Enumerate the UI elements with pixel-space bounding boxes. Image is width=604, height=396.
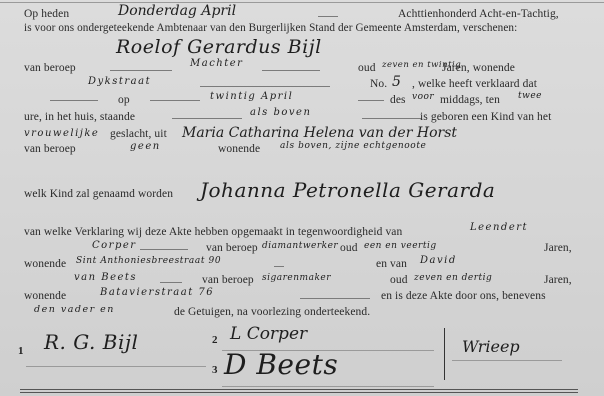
hand-signers: den vader en [34, 304, 115, 315]
hand-sex: vrouwelijke [24, 128, 99, 139]
bottom-double-rule [20, 392, 578, 393]
signature-number-2: 2 [212, 334, 218, 346]
fill-rule [150, 100, 200, 101]
signature-line [222, 386, 434, 387]
hand-witness1-age: een en veertig [364, 241, 437, 251]
label-ure: ure, in het huis, staande [24, 111, 135, 123]
hand-declarant-name: Roelof Gerardus Bijl [116, 36, 322, 58]
label-oud-w2: oud [390, 274, 408, 286]
hand-house-number: 5 [392, 74, 401, 90]
label-wonende-w1: wonende [24, 258, 66, 270]
label-ambtenaar: is voor ons ondergeteekende Ambtenaar va… [24, 22, 517, 34]
hand-birth-date: twintig April [210, 91, 293, 102]
label-wonende-w2: wonende [24, 290, 66, 302]
hand-date: Donderdag April [118, 3, 236, 19]
fill-rule [160, 282, 182, 283]
hand-hour: twee [518, 91, 542, 101]
hand-witness1-beroep: diamantwerker [262, 241, 338, 251]
label-year: Achttienhonderd Acht-en-Tachtig, [398, 8, 559, 20]
fill-rule [262, 70, 320, 71]
hand-witness2-address: Batavierstraat 76 [100, 287, 214, 298]
signature-official: Wrieep [462, 337, 520, 356]
hand-witness1-first: Leendert [470, 222, 528, 233]
label-beroep-w2: van beroep [202, 274, 254, 286]
top-border [0, 2, 604, 3]
label-no: No. [370, 78, 387, 90]
signature-witness2: D Beets [224, 348, 338, 381]
hand-witness2-age: zeven en dertig [414, 273, 492, 283]
hand-witness1-address: Sint Anthoniesbreestraat 90 [76, 256, 221, 266]
hand-witness1-last: Corper [92, 240, 137, 251]
label-child-name: welk Kind zal genaamd worden [24, 188, 173, 200]
label-wonende-mother: wonende [218, 143, 260, 155]
fill-rule [50, 100, 98, 101]
label-oud-w1: oud [340, 242, 358, 254]
label-beroep: van beroep [24, 62, 76, 74]
hand-declarant-beroep: Machter [190, 58, 243, 69]
label-geslacht: geslacht, uit [110, 128, 167, 140]
hand-child-name: Johanna Petronella Gerarda [200, 178, 495, 202]
label-des: des [390, 94, 406, 106]
hand-mother-address: als boven, zijne echtgenoote [280, 141, 426, 151]
hand-witness2-last: van Beets [74, 272, 137, 283]
signature-bracket [438, 328, 445, 380]
signature-line [26, 366, 206, 367]
label-getuigen: de Getuigen, na voorlezing onderteekend. [174, 306, 370, 318]
fill-rule [274, 266, 284, 267]
label-oud: oud [358, 62, 376, 74]
fill-rule [140, 249, 188, 250]
fill-rule [318, 16, 338, 17]
bottom-double-rule [20, 389, 578, 390]
label-beroep-w1: van beroep [206, 242, 258, 254]
fill-rule [362, 118, 422, 119]
signature-number-3: 3 [212, 364, 218, 376]
label-op: op [118, 94, 130, 106]
label-jaren-w1: Jaren, [544, 242, 572, 254]
hand-witness2-beroep: sigarenmaker [262, 273, 331, 283]
signature-number-1: 1 [18, 345, 24, 357]
label-verklaard: , welke heeft verklaard dat [412, 78, 537, 90]
hand-street: Dykstraat [88, 76, 151, 87]
label-en-van: en van [376, 258, 407, 270]
label-verklaring: van welke Verklaring wij deze Akte hebbe… [24, 226, 402, 238]
signature-father: R. G. Bijl [44, 330, 138, 354]
label-jaren-w2: Jaren, [544, 274, 572, 286]
fill-rule [172, 118, 242, 119]
label-akte: en is deze Akte door ons, benevens [381, 290, 546, 302]
label-jaren-wonende: Jaren, wonende [442, 62, 515, 74]
label-geboren: is geboren een Kind van het [420, 111, 551, 123]
hand-mother-beroep: geen [130, 141, 161, 152]
signature-witness1: L Corper [230, 324, 307, 344]
hand-witness2-first: David [420, 255, 457, 266]
hand-place: als boven [250, 107, 311, 118]
hand-part-of-day: voor [412, 92, 434, 102]
label-beroep-mother: van beroep [24, 143, 76, 155]
fill-rule [358, 100, 384, 101]
birth-certificate-page: Op heden Donderdag April Achttienhonderd… [0, 0, 604, 396]
hand-mother-name: Maria Catharina Helena van der Horst [182, 125, 457, 141]
fill-rule [110, 70, 172, 71]
fill-rule [200, 86, 330, 87]
label-middags: middags, ten [440, 94, 500, 106]
fill-rule [300, 298, 370, 299]
label-op-heden: Op heden [24, 8, 69, 20]
signature-line [452, 360, 562, 361]
